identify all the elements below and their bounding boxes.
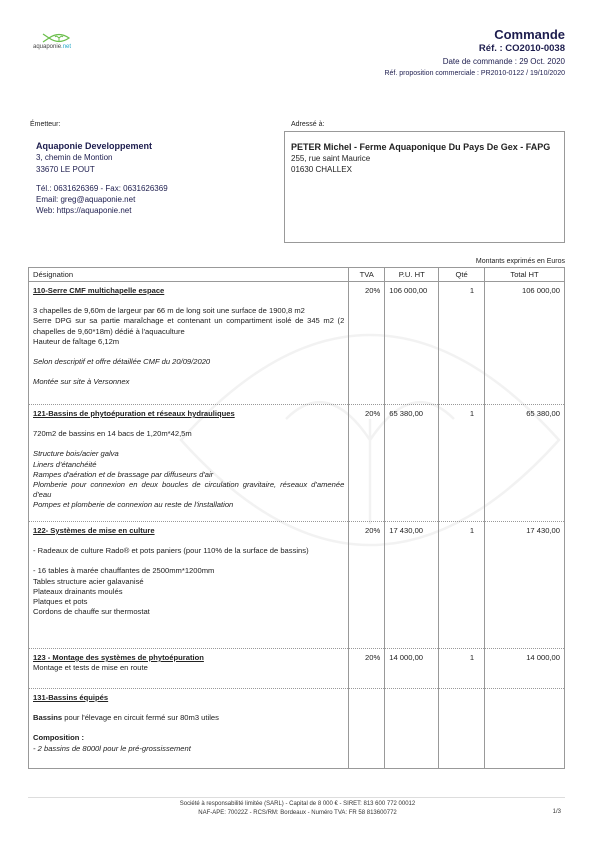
item-title: 110-Serre CMF multichapelle espace — [33, 286, 344, 296]
quantity-cell: 1 — [439, 282, 485, 405]
fish-sprout-icon — [41, 32, 75, 44]
page-number: 1/3 — [553, 809, 561, 815]
unit-price-cell — [385, 689, 439, 769]
unit-price-cell: 106 000,00 — [385, 282, 439, 405]
recipient-label: Adressé à: — [291, 121, 324, 128]
recipient-name: PETER Michel - Ferme Aquaponique Du Pays… — [291, 141, 559, 153]
emitter-block: Aquaponie Developpement 3, chemin de Mon… — [36, 141, 168, 217]
unit-price-cell: 17 430,00 — [385, 522, 439, 649]
item-title: 123 - Montage des systèmes de phytoépura… — [33, 653, 344, 663]
item-line: Montage et tests de mise en route — [33, 663, 344, 673]
col-unit-price: P.U. HT — [385, 268, 439, 282]
item-line: Liners d'étanchéité — [33, 460, 344, 470]
table-row: 122- Systèmes de mise en culture - Radea… — [29, 522, 565, 649]
designation-cell: 131-Bassins équipés Bassins pour l'éleva… — [29, 689, 349, 769]
recipient-address1: 255, rue saint Maurice — [291, 153, 559, 164]
emitter-phone: Tél.: 0631626369 - Fax: 0631626369 — [36, 183, 168, 194]
tva-cell — [349, 689, 385, 769]
item-line: 3 chapelles de 9,60m de largeur par 66 m… — [33, 306, 344, 316]
order-reference: Réf. : CO2010-0038 — [479, 43, 565, 54]
emitter-address1: 3, chemin de Montion — [36, 152, 168, 163]
quantity-cell: 1 — [439, 649, 485, 689]
item-line: Montée sur site à Versonnex — [33, 377, 344, 387]
emitter-web: Web: https://aquaponie.net — [36, 205, 168, 216]
table-row: 121-Bassins de phytoépuration et réseaux… — [29, 405, 565, 522]
currency-note: Montants exprimés en Euros — [476, 258, 565, 265]
designation-cell: 122- Systèmes de mise en culture - Radea… — [29, 522, 349, 649]
emitter-name: Aquaponie Developpement — [36, 141, 168, 152]
emitter-address2: 33670 LE POUT — [36, 164, 168, 175]
unit-price-cell: 14 000,00 — [385, 649, 439, 689]
item-line: - 2 bassins de 8000l pour le pré-grossis… — [33, 744, 344, 754]
item-line: Hauteur de faîtage 6,12m — [33, 337, 344, 347]
item-line: - 16 tables à marée chauffantes de 2500m… — [33, 566, 344, 576]
total-cell: 14 000,00 — [485, 649, 565, 689]
tva-cell: 20% — [349, 282, 385, 405]
item-line: Bassins pour l'élevage en circuit fermé … — [33, 713, 344, 723]
col-designation: Désignation — [29, 268, 349, 282]
footer-legal: Société à responsabilité limitée (SARL) … — [0, 800, 595, 818]
item-line: Plomberie pour connexion en deux boucles… — [33, 480, 344, 500]
item-line: Serre DPG sur sa partie maraîchage et co… — [33, 316, 344, 336]
unit-price-cell: 65 380,00 — [385, 405, 439, 522]
quantity-cell — [439, 689, 485, 769]
total-cell: 106 000,00 — [485, 282, 565, 405]
item-line: Plateaux drainants moulés — [33, 587, 344, 597]
item-line: Rampes d'aération et de brassage par dif… — [33, 470, 344, 480]
recipient-address2: 01630 CHALLEX — [291, 164, 559, 175]
logo-text: aquaponie.net — [33, 44, 71, 50]
emitter-email: Email: greg@aquaponie.net — [36, 194, 168, 205]
designation-cell: 123 - Montage des systèmes de phytoépura… — [29, 649, 349, 689]
document-title: Commande — [494, 27, 565, 42]
table-row: 131-Bassins équipés Bassins pour l'éleva… — [29, 689, 565, 769]
item-line: 720m2 de bassins en 14 bacs de 1,20m*42,… — [33, 429, 344, 439]
col-total: Total HT — [485, 268, 565, 282]
item-line: - Radeaux de culture Rado® et pots panie… — [33, 546, 344, 556]
tva-cell: 20% — [349, 522, 385, 649]
designation-cell: 110-Serre CMF multichapelle espace 3 cha… — [29, 282, 349, 405]
designation-cell: 121-Bassins de phytoépuration et réseaux… — [29, 405, 349, 522]
item-title: 122- Systèmes de mise en culture — [33, 526, 344, 536]
quantity-cell: 1 — [439, 405, 485, 522]
item-title: 131-Bassins équipés — [33, 693, 344, 703]
proposal-reference: Réf. proposition commerciale : PR2010-01… — [384, 70, 565, 77]
tva-cell: 20% — [349, 405, 385, 522]
item-line: Pompes et plomberie de connexion au rest… — [33, 500, 344, 510]
company-logo: aquaponie.net — [33, 32, 93, 54]
total-cell: 17 430,00 — [485, 522, 565, 649]
table-row: 123 - Montage des systèmes de phytoépura… — [29, 649, 565, 689]
tva-cell: 20% — [349, 649, 385, 689]
quantity-cell: 1 — [439, 522, 485, 649]
item-line: Platques et pots — [33, 597, 344, 607]
col-tva: TVA — [349, 268, 385, 282]
order-lines-table: Désignation TVA P.U. HT Qté Total HT 110… — [28, 267, 565, 769]
item-title: 121-Bassins de phytoépuration et réseaux… — [33, 409, 344, 419]
recipient-box: PETER Michel - Ferme Aquaponique Du Pays… — [284, 131, 565, 243]
total-cell: 65 380,00 — [485, 405, 565, 522]
item-line: Tables structure acier galavanisé — [33, 577, 344, 587]
col-quantity: Qté — [439, 268, 485, 282]
item-line: Cordons de chauffe sur thermostat — [33, 607, 344, 617]
total-cell — [485, 689, 565, 769]
footer-divider — [28, 797, 565, 798]
table-row: 110-Serre CMF multichapelle espace 3 cha… — [29, 282, 565, 405]
item-line: Structure bois/acier galva — [33, 449, 344, 459]
order-date: Date de commande : 29 Oct. 2020 — [443, 57, 565, 66]
item-line: Composition : — [33, 733, 344, 743]
item-line: Selon descriptif et offre détaillée CMF … — [33, 357, 344, 367]
footer-line2: NAF-APE: 70022Z - RCS/RM: Bordeaux - Num… — [0, 809, 595, 818]
footer-line1: Société à responsabilité limitée (SARL) … — [0, 800, 595, 809]
emitter-label: Émetteur: — [30, 121, 60, 128]
table-header-row: Désignation TVA P.U. HT Qté Total HT — [29, 268, 565, 282]
